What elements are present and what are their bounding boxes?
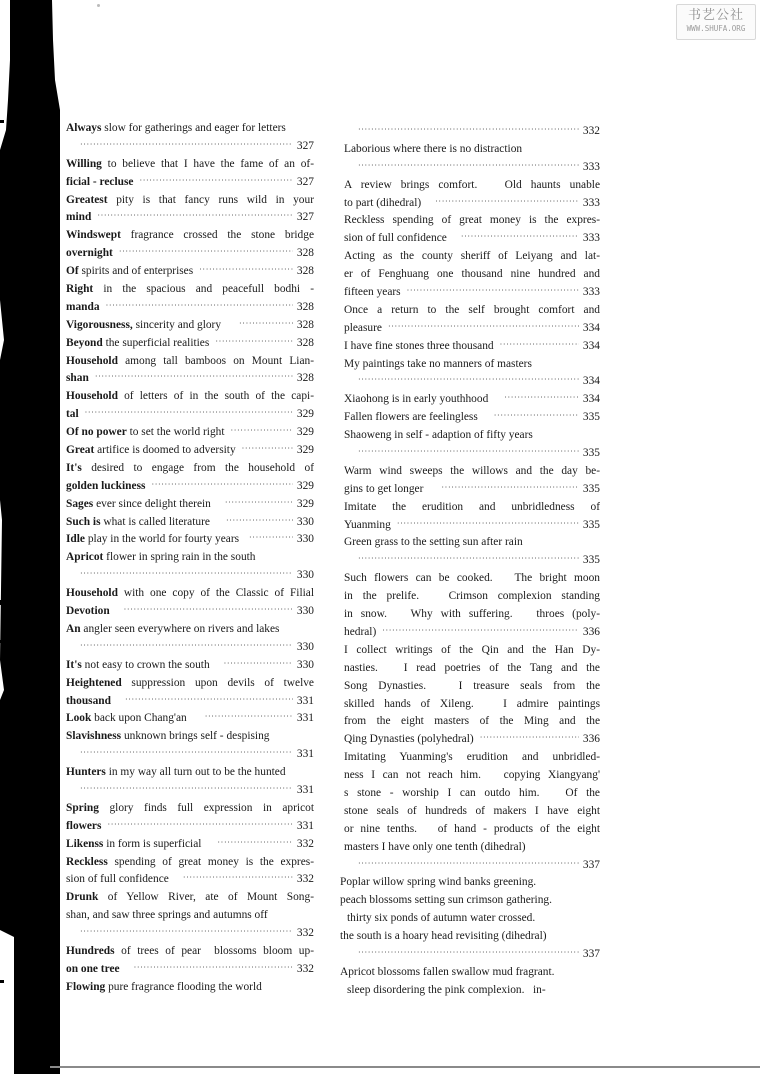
scan-shadow-band [0,0,62,1074]
leader-dots [358,157,579,175]
entry-text: to set the world right [127,424,225,442]
entry-lead: Always [66,122,101,134]
page-number: 330 [297,639,314,657]
index-entry: Acting as the county sheriff of Leiyang … [344,248,600,302]
page-number: 327 [297,138,314,156]
page-number: 333 [583,195,600,213]
index-entry: Hundreds of trees of pear blossoms bloom… [66,943,314,979]
index-entry: Of spirits and of enterprises328 [66,263,314,281]
entry-text: of trees of pear blossoms bloom up- [115,945,314,957]
page-number: 329 [297,478,314,496]
entry-lead: Hunters [66,766,106,778]
index-entry: Reckless spending of great money is the … [66,854,314,890]
page-number: 335 [583,409,600,427]
index-entry: A review brings comfort. Old haunts unab… [344,177,600,213]
entry-lead: Great [66,442,94,460]
index-entry: Fallen flowers are feelingless335 [344,409,600,427]
entry-text: Poplar willow spring wind banks greening… [340,874,600,892]
entry-lead: Of no power [66,424,127,442]
page-number: 328 [297,263,314,281]
leader-dots [397,515,579,533]
page-number: 327 [297,209,314,227]
index-entry: Household with one copy of the Classic o… [66,585,314,621]
entry-lead: Sages [66,496,93,514]
index-entry: It's not easy to crown the south330 [66,657,314,675]
entry-text-cont: sion of full confidence [66,871,169,889]
entry-text-cont: to part (dihedral) [344,195,421,213]
entry-lead: An [66,623,81,635]
page-number: 330 [297,514,314,532]
leader-dots [494,407,579,425]
leader-dots [231,422,293,440]
leader-dots [358,550,579,568]
entry-text: Apricot blossoms fallen swallow mud frag… [340,964,600,982]
page-number: 333 [583,159,600,177]
entry-lead: Apricot [66,551,103,563]
page-number: 330 [297,531,314,549]
entry-text: fragrance crossed the stone bridge [121,229,314,241]
page-bottom-edge [50,1066,760,1068]
index-entry: Likenss in form is superficial332 [66,836,314,854]
entry-lead: It's [66,657,82,675]
page-number: 335 [583,481,600,499]
index-entry: Greatest pity is that fancy runs wild in… [66,192,314,228]
entry-lead: It's [66,462,82,474]
index-entry: Right in the spacious and peacefull bodh… [66,281,314,317]
entry-text: Such flowers can be cooked. The bright m… [344,570,600,588]
leader-dots [119,243,293,261]
index-entry: My paintings take no manners of masters … [344,356,600,392]
index-entry: Hunters in my way all turn out to be the… [66,764,314,800]
leader-dots [461,228,579,246]
entry-text-cont: s stone - worship I can outdo him. Of th… [344,785,600,803]
index-entry: Laborious where there is no distraction … [344,141,600,177]
entry-lead: Idle [66,531,85,549]
index-entry: Idle play in the world for fourty years3… [66,531,314,549]
entry-text: Fallen flowers are feelingless [344,409,478,427]
entry-lead: Hundreds [66,945,115,957]
page-number: 328 [297,370,314,388]
entry-text-cont: ficial - recluse [66,174,133,192]
leader-dots [124,601,293,619]
leader-dots [358,944,579,962]
index-entry: Imitating Yuanming's erudition and unbri… [344,749,600,874]
page-number: 332 [297,925,314,943]
page-number: 336 [583,731,600,749]
leader-dots [134,959,293,977]
leader-dots [480,729,579,747]
leader-dots [382,622,579,640]
entry-text: flower in spring rain in the south [103,551,255,563]
entry-text: I have fine stones three thousand [344,338,494,356]
page-number: 329 [297,424,314,442]
entry-text-cont: stone seals of hundreds of makers I have… [344,803,600,821]
index-column-right: 332 Laborious where there is no distract… [344,123,600,1000]
entry-lead: Drunk [66,891,98,903]
page-number: 329 [297,442,314,460]
leader-dots [80,637,293,655]
leader-dots [80,136,293,154]
page-number: 330 [297,603,314,621]
index-entry: Green grass to the setting sun after rai… [344,534,600,570]
index-entry: Warm wind sweeps the willows and the day… [344,463,600,499]
entry-lead: Of [66,263,79,281]
page-number: 337 [583,857,600,875]
index-entry: Always slow for gatherings and eager for… [66,120,314,156]
entry-lead: Look [66,710,91,728]
page-number: 328 [297,245,314,263]
page-number: 331 [297,782,314,800]
leader-dots [107,816,292,834]
leader-dots [125,691,293,709]
entry-lead: Flowing [66,981,105,993]
page-number: 334 [583,373,600,391]
leader-dots [215,333,293,351]
index-entry: It's desired to engage from the househol… [66,460,314,496]
entry-text: of Yellow River, ate of Mount Song- [98,891,314,903]
entry-text: to believe that I have the fame of an of… [102,158,314,170]
entry-text-cont: Yuanming [344,517,391,535]
entry-lead: Greatest [66,194,108,206]
entry-lead: Slavishness [66,730,121,742]
entry-text: not easy to crown the south [82,657,210,675]
entry-text: in the spacious and peacefull bodhi - [93,283,314,295]
entry-text: Acting as the county sheriff of Leiyang … [344,248,600,266]
entry-text-cont: shan [66,370,89,388]
index-entry: I collect writings of the Qin and the Ha… [344,642,600,749]
leader-dots [358,121,579,139]
page-number: 329 [297,406,314,424]
index-entry: Willing to believe that I have the fame … [66,156,314,192]
watermark-url: WWW.SHUFA.ORG [677,24,755,34]
index-entry: Household of letters of in the south of … [66,388,314,424]
index-entry: Heightened suppression upon devils of tw… [66,675,314,711]
entry-lead: Windswept [66,229,121,241]
entry-lead: Reckless [66,856,108,868]
page-number: 332 [297,871,314,889]
entry-text-cont: manda [66,299,100,317]
entry-lead: Household [66,390,118,402]
entry-text: angler seen everywhere on rivers and lak… [81,623,280,635]
index-entry: Windswept fragrance crossed the stone br… [66,227,314,263]
page-number: 331 [297,693,314,711]
leader-dots [249,529,293,547]
leader-dots [80,565,293,583]
entry-lead: Vigorousness, [66,317,133,335]
watermark-title: 书艺公社 [677,7,755,24]
page-number: 332 [297,961,314,979]
index-entry: Spring glory finds full expression in ap… [66,800,314,836]
entry-text: pure fragrance flooding the world [105,981,262,993]
entry-text: in my way all turn out to be the hunted [106,766,286,778]
entry-text-cont: Qing Dynasties (polyhedral) [344,731,474,749]
entry-lead: Beyond [66,335,103,353]
leader-dots [97,207,293,225]
entry-text-cont: flowers [66,818,101,836]
entry-text: with one copy of the Classic of Filial [118,587,314,599]
index-entry: Imitate the erudition and unbridledness … [344,499,600,535]
index-entry: Drunk of Yellow River, ate of Mount Song… [66,889,314,943]
leader-dots [80,780,293,798]
entry-lead: Spring [66,802,99,814]
entry-text-cont: skilled hands of Xileng. I admire painti… [344,696,600,714]
page-number: 331 [297,710,314,728]
entry-text-cont: hedral) [344,624,376,642]
entry-text: I collect writings of the Qin and the Ha… [344,642,600,660]
leader-dots [183,869,293,887]
leader-dots [358,855,579,873]
entry-text-cont: peach blossoms setting sun crimson gathe… [340,892,600,910]
entry-text-cont: fifteen years [344,284,401,302]
page-number: 328 [297,317,314,335]
entry-text: suppression upon devils of twelve [122,677,314,689]
entry-text-cont: on one tree [66,961,120,979]
index-entry: Great artifice is doomed to adversity329 [66,442,314,460]
page-number: 332 [297,836,314,854]
leader-dots [95,368,293,386]
entry-text-cont: sleep disordering the pink complexion. i… [340,982,600,1000]
watermark-logo: 书艺公社 WWW.SHUFA.ORG [676,4,756,40]
entry-text: in form is superficial [103,836,201,854]
entry-text-cont: or nine tenths. of hand - products of th… [344,821,600,839]
entry-text-cont: overnight [66,245,113,263]
page-number: 337 [583,946,600,964]
index-entry: Apricot flower in spring rain in the sou… [66,549,314,585]
index-entry: Beyond the superficial realities328 [66,335,314,353]
leader-dots [106,297,293,315]
entry-text-cont: Song Dynasties. I treasure seals from th… [344,678,600,696]
entry-text: sincerity and glory [133,317,221,335]
index-entry: Shaoweng in self - adaption of fifty yea… [344,427,600,463]
entry-lead: Likenss [66,836,103,854]
page-number: 334 [583,338,600,356]
leader-dots [242,440,293,458]
entry-text: spending of great money is the expres- [108,856,314,868]
leader-dots [85,404,293,422]
index-entry: Flowing pure fragrance flooding the worl… [66,979,314,997]
leader-dots [217,834,292,852]
entry-text: artifice is doomed to adversity [94,442,235,460]
leader-dots [151,476,292,494]
index-entry: Apricot blossoms fallen swallow mud frag… [340,964,600,1000]
page-number: 328 [297,299,314,317]
page-number: 329 [297,496,314,514]
entry-text-cont: shan, and saw three springs and autumns … [66,909,268,921]
leader-dots [441,479,578,497]
index-entry: Look back upon Chang'an331 [66,710,314,728]
entry-text-cont: thirty six ponds of autumn water crossed… [340,910,600,928]
leader-dots [435,193,579,211]
page-number: 335 [583,552,600,570]
page-number: 328 [297,335,314,353]
entry-lead: Right [66,283,93,295]
entry-text-cont: pleasure [344,320,382,338]
entry-text-cont: nasties. I read poetries of the Tang and… [344,660,600,678]
leader-dots [226,512,293,530]
index-entry: Reckless spending of great money is the … [344,212,600,248]
entry-lead: Household [66,355,118,367]
leader-dots [500,336,579,354]
index-column-left: Always slow for gatherings and eager for… [66,120,314,997]
index-entry: Slavishness unknown brings self - despis… [66,728,314,764]
index-entry: An angler seen everywhere on rivers and … [66,621,314,657]
entry-text: what is called literature [101,514,210,532]
page-number: 336 [583,624,600,642]
entry-text: spirits and of enterprises [79,263,194,281]
index-entry: Once a return to the self brought comfor… [344,302,600,338]
scan-speck [97,4,100,7]
entry-text: desired to engage from the household of [82,462,314,474]
entry-text-cont: mind [66,209,91,227]
leader-dots [199,261,293,279]
entry-text-cont: thousand [66,693,111,711]
entry-text-cont: golden luckiness [66,478,145,496]
page-number: 334 [583,391,600,409]
entry-text: play in the world for fourty years [85,531,239,549]
entry-text: of letters of in the south of the capi- [118,390,314,402]
entry-text-cont: sion of full confidence [344,230,447,248]
index-entry: 332 [344,123,600,141]
index-entry: I have fine stones three thousand334 [344,338,600,356]
entry-text: glory finds full expression in apricot [99,802,314,814]
page-number: 334 [583,320,600,338]
page-number: 335 [583,445,600,463]
index-entry: Poplar willow spring wind banks greening… [340,874,600,963]
entry-lead: Such is [66,514,101,532]
leader-dots [139,172,292,190]
entry-text: among tall bamboos on Mount Lian- [118,355,314,367]
leader-dots [80,744,293,762]
index-entry: Household among tall bamboos on Mount Li… [66,353,314,389]
leader-dots [358,371,579,389]
page-number: 327 [297,174,314,192]
page-number: 332 [583,123,600,141]
leader-dots [407,282,579,300]
entry-text-cont: ness I can not reach him. copying Xiangy… [344,767,600,785]
entry-lead: Household [66,587,118,599]
entry-text: the superficial realities [103,335,210,353]
entry-text: ever since delight therein [93,496,211,514]
page-number: 333 [583,230,600,248]
entry-text: Xiaohong is in early youthhood [344,391,488,409]
entry-text: unknown brings self - despising [121,730,269,742]
entry-text-cont: tal [66,406,79,424]
page-number: 330 [297,567,314,585]
entry-text-cont: in the prelife. Crimson complexion stand… [344,588,600,606]
page-number: 331 [297,746,314,764]
entry-text: Imitating Yuanming's erudition and unbri… [344,749,600,767]
leader-dots [239,315,293,333]
entry-text-cont: gins to get longer [344,481,423,499]
entry-text: slow for gatherings and eager for letter… [101,122,285,134]
page-number: 330 [297,657,314,675]
leader-dots [358,443,579,461]
leader-dots [225,494,293,512]
page-number: 335 [583,517,600,535]
leader-dots [224,655,293,673]
entry-text: pity is that fancy runs wild in your [108,194,314,206]
page-number: 333 [583,284,600,302]
entry-lead: Willing [66,158,102,170]
leader-dots [504,389,579,407]
entry-text: back upon Chang'an [91,710,186,728]
page-number: 331 [297,818,314,836]
entry-text-cont: Devotion [66,603,110,621]
leader-dots [80,923,293,941]
leader-dots [388,318,579,336]
entry-lead: Heightened [66,677,122,689]
index-entry: Such flowers can be cooked. The bright m… [344,570,600,642]
leader-dots [205,708,293,726]
